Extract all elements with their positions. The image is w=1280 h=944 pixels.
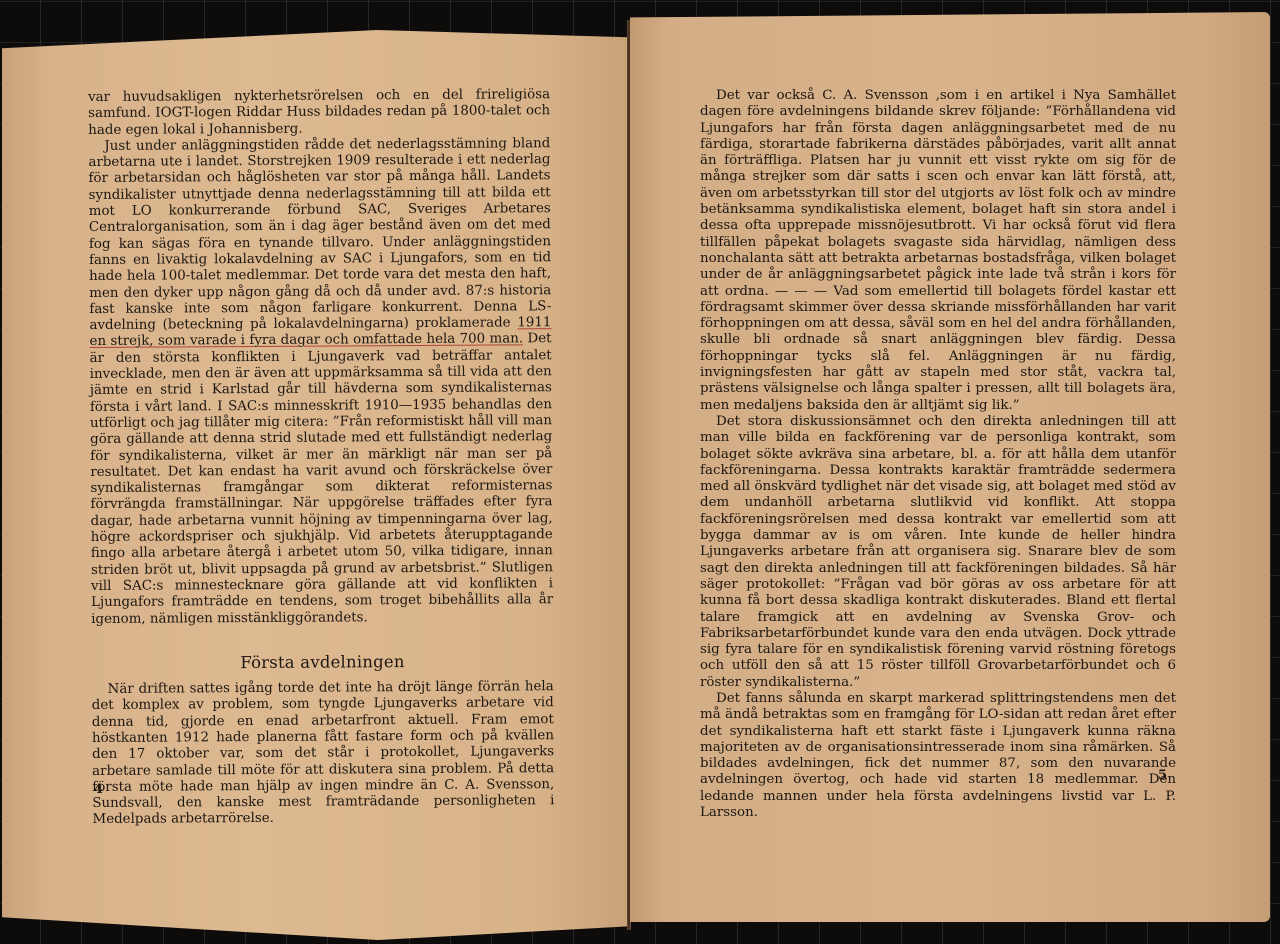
left-paragraph-2: Just under anläggningstiden rådde det ne… (88, 136, 553, 628)
left-paragraph-3: När driften sattes igång torde det inte … (92, 679, 555, 828)
section-heading: Första avdelningen (91, 653, 553, 672)
right-paragraph-3: Det fanns sålunda en skarpt markerad spl… (700, 691, 1176, 821)
right-paragraph-1: Det var också C. A. Svensson ‚som i en a… (700, 88, 1176, 414)
page-number-left: 4 (94, 782, 103, 797)
left-page: var huvudsakligen nykterhetsrörelsen och… (2, 30, 628, 940)
right-paragraph-2: Det stora diskussionsämnet och den direk… (700, 414, 1176, 691)
left-paragraph-1: var huvudsakligen nykterhetsrörelsen och… (88, 87, 550, 139)
left-paragraph-2-start: Just under anläggningstiden rådde det ne… (88, 136, 551, 333)
right-page: Det var också C. A. Svensson ‚som i en a… (630, 12, 1270, 922)
right-page-body: Det var också C. A. Svensson ‚som i en a… (700, 88, 1176, 821)
left-page-body: var huvudsakligen nykterhetsrörelsen och… (88, 87, 555, 829)
page-number-right: 5 (1158, 768, 1167, 783)
left-paragraph-2-end: Det är den största konflikten i Ljungave… (90, 332, 554, 627)
